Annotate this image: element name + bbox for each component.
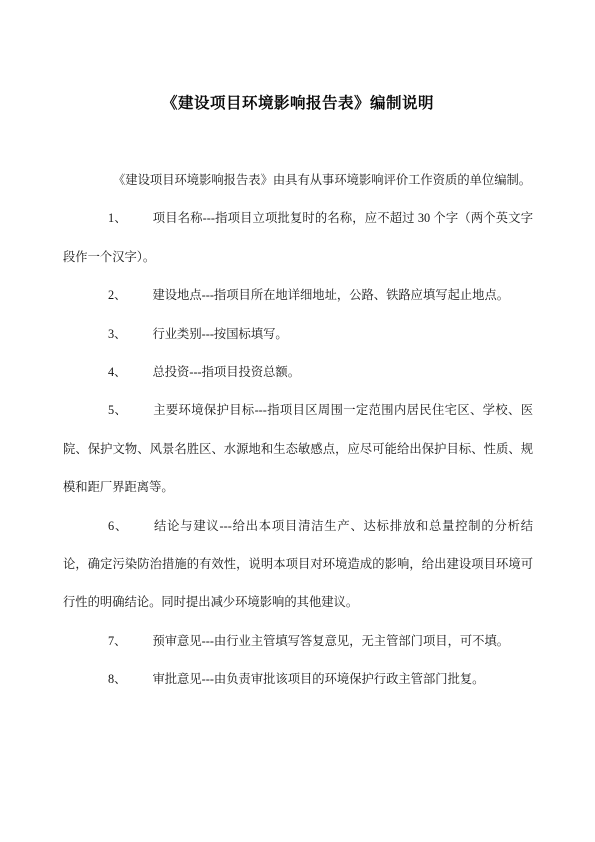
list-item-number: 7、	[108, 634, 152, 648]
list-item-text: 预审意见---由行业主管填写答复意见，无主管部门项目，可不填。	[152, 634, 509, 648]
list-item-number: 8、	[108, 672, 152, 686]
list-item-text: 行业类别---按国标填写。	[152, 327, 287, 341]
page-title: 《建设项目环境影响报告表》编制说明	[63, 85, 533, 123]
list-item: 4、总投资---指项目投资总额。	[63, 353, 533, 391]
list-item: 7、预审意见---由行业主管填写答复意见，无主管部门项目，可不填。	[63, 622, 533, 660]
list-item: 8、审批意见---由负责审批该项目的环境保护行政主管部门批复。	[63, 660, 533, 698]
list-item: 5、主要环境保护目标---指项目区周围一定范围内居民住宅区、学校、医院、保护文物…	[63, 391, 533, 506]
list-item: 2、建设地点---指项目所在地详细地址，公路、铁路应填写起止地点。	[63, 276, 533, 314]
list-item-number: 3、	[108, 327, 152, 341]
list-item-number: 5、	[108, 403, 153, 417]
list-item: 3、行业类别---按国标填写。	[63, 315, 533, 353]
document-page: 《建设项目环境影响报告表》编制说明 《建设项目环境影响报告表》由具有从事环境影响…	[0, 0, 595, 842]
intro-paragraph: 《建设项目环境影响报告表》由具有从事环境影响评价工作资质的单位编制。	[63, 161, 533, 199]
list-item-text: 审批意见---由负责审批该项目的环境保护行政主管部门批复。	[152, 672, 484, 686]
list-item-number: 1、	[108, 211, 153, 225]
list-item-text: 建设地点---指项目所在地详细地址，公路、铁路应填写起止地点。	[152, 288, 509, 302]
list-item-number: 2、	[108, 288, 152, 302]
list-item-text: 总投资---指项目投资总额。	[152, 365, 300, 379]
list-item-text: 主要环境保护目标---指项目区周围一定范围内居民住宅区、学校、医院、保护文物、风…	[63, 403, 533, 494]
list-item-number: 4、	[108, 365, 152, 379]
list-item-number: 6、	[108, 519, 154, 533]
list-item: 6、结论与建议---给出本项目清洁生产、达标排放和总量控制的分析结论，确定污染防…	[63, 507, 533, 622]
list-item: 1、项目名称---指项目立项批复时的名称，应不超过 30 个字（两个英文字段作一…	[63, 199, 533, 276]
document-content: 《建设项目环境影响报告表》编制说明 《建设项目环境影响报告表》由具有从事环境影响…	[63, 0, 533, 699]
